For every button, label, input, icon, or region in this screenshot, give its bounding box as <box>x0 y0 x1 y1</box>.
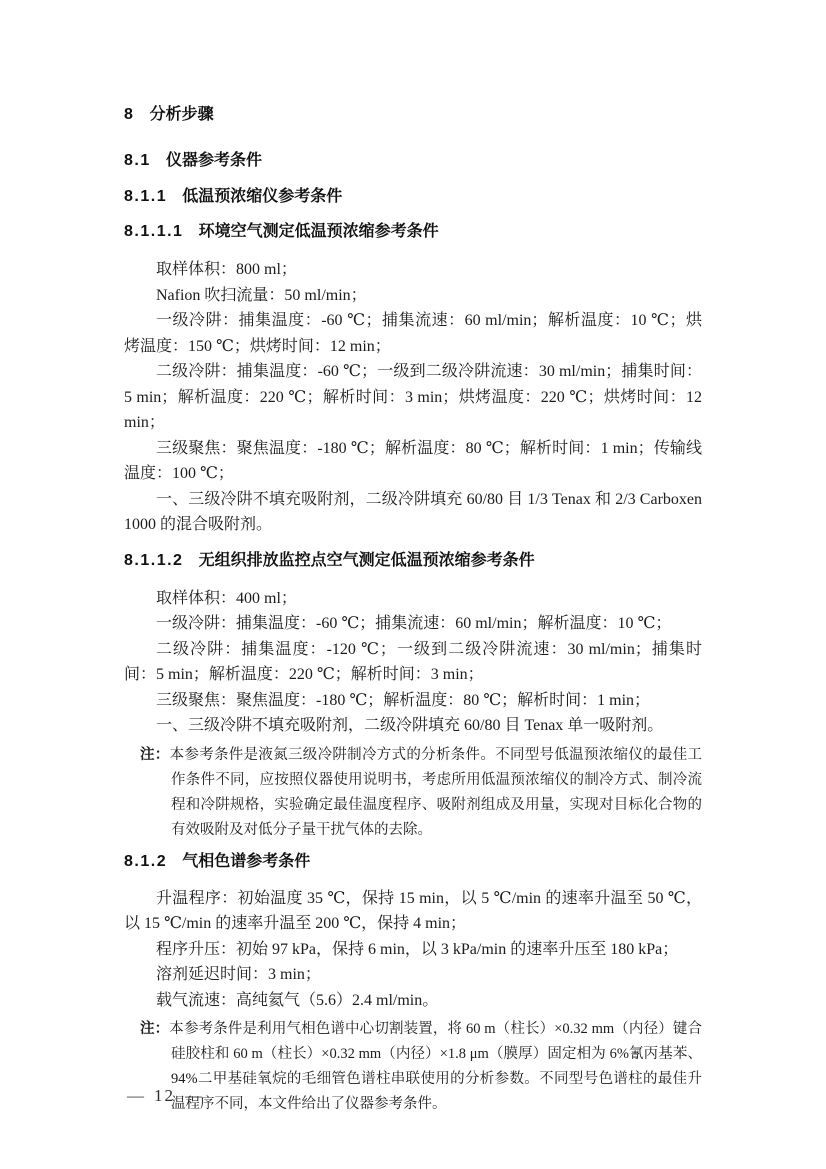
heading-title: 环境空气测定低温预浓缩参考条件 <box>199 223 439 240</box>
note-gc-columns: 注：本参考条件是利用气相色谱中心切割装置，将 60 m（柱长）×0.32 mm（… <box>140 1017 702 1117</box>
para-carrier-gas: 载气流速：高纯氦气（5.6）2.4 ml/min。 <box>124 988 702 1014</box>
note-preconcentrator: 注：本参考条件是液氮三级冷阱制冷方式的分析条件。不同型号低温预浓缩仪的最佳工作条… <box>140 743 702 843</box>
heading-number: 8.1.1.2 <box>124 552 183 569</box>
heading-number: 8.1.1.1 <box>124 223 183 240</box>
para-nafion-purge-flow: Nafion 吹扫流量：50 ml/min； <box>124 283 702 309</box>
para-temperature-program: 升温程序：初始温度 35 ℃，保持 15 min，以 5 ℃/min 的速率升温… <box>124 886 702 937</box>
para-pressure-program: 程序升压：初始 97 kPa，保持 6 min，以 3 kPa/min 的速率升… <box>124 937 702 963</box>
heading-title: 低温预浓缩仪参考条件 <box>182 188 342 205</box>
page-footer: —12— <box>127 1086 202 1106</box>
page-number: 12 <box>154 1086 175 1105</box>
para-adsorbent-fugitive: 一、三级冷阱不填充吸附剂，二级冷阱填充 60/80 目 Tenax 单一吸附剂。 <box>124 713 702 739</box>
para-trap2-fugitive: 二级冷阱：捕集温度：-120 ℃；一级到二级冷阱流速：30 ml/min；捕集时… <box>124 637 702 688</box>
heading-number: 8.1 <box>124 152 151 169</box>
heading-title: 气相色谱参考条件 <box>182 853 310 870</box>
heading-8-1-1-2-fugitive-emission-conditions: 8.1.1.2无组织排放监控点空气测定低温预浓缩参考条件 <box>124 550 702 572</box>
note-label: 注： <box>140 1021 169 1037</box>
heading-number: 8 <box>124 106 134 123</box>
note-label: 注： <box>140 747 170 763</box>
heading-8-1-2-gc-reference-conditions: 8.1.2气相色谱参考条件 <box>124 851 702 873</box>
footer-left-dash: — <box>127 1086 144 1105</box>
heading-title: 无组织排放监控点空气测定低温预浓缩参考条件 <box>199 552 535 569</box>
para-sample-volume-800: 取样体积：800 ml； <box>124 257 702 283</box>
para-solvent-delay: 溶剂延迟时间：3 min； <box>124 962 702 988</box>
heading-8-analysis-steps: 8分析步骤 <box>124 104 702 126</box>
heading-number: 8.1.1 <box>124 188 167 205</box>
heading-title: 分析步骤 <box>150 106 214 123</box>
heading-8-1-instrument-reference-conditions: 8.1仪器参考条件 <box>124 150 702 172</box>
note-text: 本参考条件是利用气相色谱中心切割装置，将 60 m（柱长）×0.32 mm（内径… <box>169 1021 702 1112</box>
para-trap1-ambient: 一级冷阱：捕集温度：-60 ℃；捕集流速：60 ml/min；解析温度：10 ℃… <box>124 308 702 359</box>
footer-right-dash: — <box>185 1086 202 1105</box>
heading-number: 8.1.2 <box>124 853 167 870</box>
note-text: 本参考条件是液氮三级冷阱制冷方式的分析条件。不同型号低温预浓缩仪的最佳工作条件不… <box>170 747 702 838</box>
heading-8-1-1-1-ambient-air-conditions: 8.1.1.1环境空气测定低温预浓缩参考条件 <box>124 221 702 243</box>
para-adsorbent-ambient: 一、三级冷阱不填充吸附剂，二级冷阱填充 60/80 目 1/3 Tenax 和 … <box>124 487 702 538</box>
para-trap1-fugitive: 一级冷阱：捕集温度：-60 ℃；捕集流速：60 ml/min；解析温度：10 ℃… <box>124 611 702 637</box>
para-trap3-fugitive: 三级聚焦：聚焦温度：-180 ℃；解析温度：80 ℃；解析时间：1 min； <box>124 688 702 714</box>
para-trap2-ambient: 二级冷阱：捕集温度：-60 ℃；一级到二级冷阱流速：30 ml/min；捕集时间… <box>124 359 702 436</box>
para-sample-volume-400: 取样体积：400 ml； <box>124 586 702 612</box>
document-page: 8分析步骤 8.1仪器参考条件 8.1.1低温预浓缩仪参考条件 8.1.1.1环… <box>0 0 826 1169</box>
heading-title: 仪器参考条件 <box>166 152 262 169</box>
page-content: 8分析步骤 8.1仪器参考条件 8.1.1低温预浓缩仪参考条件 8.1.1.1环… <box>124 104 702 1117</box>
para-trap3-ambient: 三级聚焦：聚焦温度：-180 ℃；解析温度：80 ℃；解析时间：1 min；传输… <box>124 436 702 487</box>
heading-8-1-1-preconcentrator-conditions: 8.1.1低温预浓缩仪参考条件 <box>124 186 702 208</box>
